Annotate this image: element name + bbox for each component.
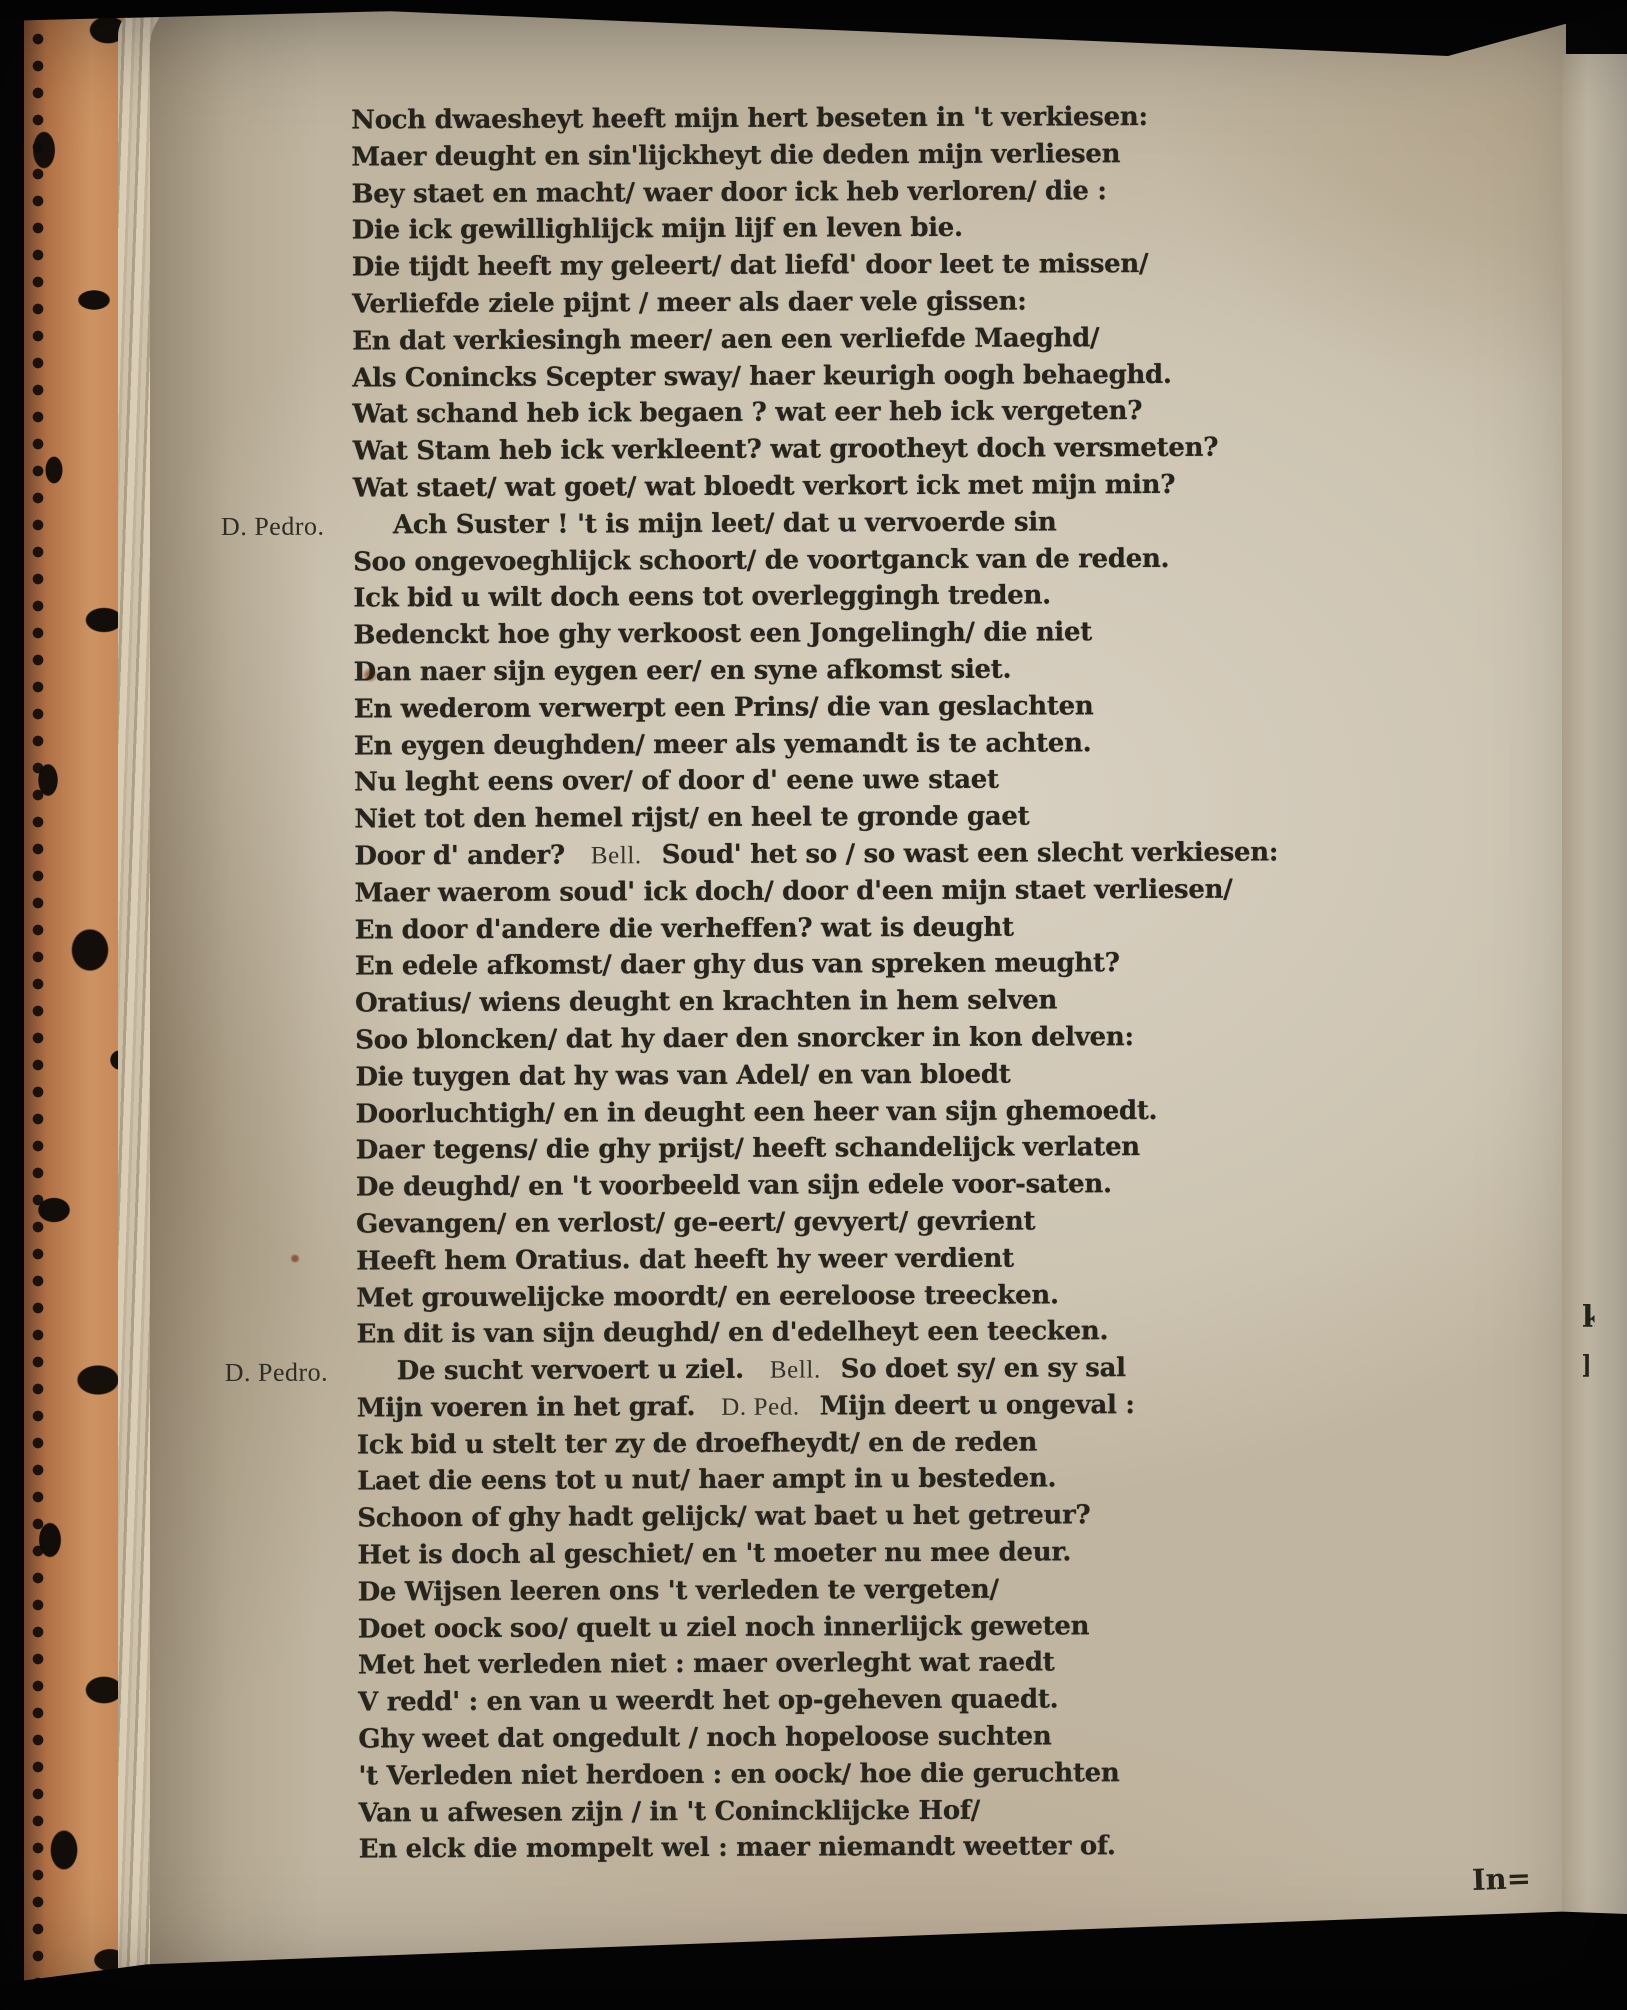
verse-text: Daer tegens/ die ghy prijst/ heeft schan… — [356, 1132, 1140, 1165]
text-line: En door d'andere die verheffen? wat is d… — [355, 907, 1485, 949]
verse-text: Die tijdt heeft my geleert/ dat liefd' d… — [352, 249, 1148, 282]
verse-text: Doet oock soo/ quelt u ziel noch innerli… — [358, 1611, 1090, 1644]
verse-text: Wat schand heb ick begaen ? wat eer heb … — [352, 396, 1142, 429]
verse-text: Mijn voeren in het graf. — [357, 1392, 696, 1423]
verse-text: Maer waerom soud' ick doch/ door d'een m… — [355, 874, 1233, 908]
text-line: En dat verkiesingh meer/ aen een verlief… — [352, 318, 1482, 360]
text-line: D. Pedro.Ach Suster ! 't is mijn leet/ d… — [353, 502, 1483, 544]
verse-text: Soo bloncken/ dat hy daer den snorcker i… — [355, 1022, 1134, 1055]
verse-text: Schoon of ghy hadt gelijck/ wat baet u h… — [357, 1501, 1090, 1534]
verse-text: Ick bid u stelt ter zy de droefheydt/ en… — [357, 1427, 1037, 1460]
book-page: Noch dwaesheyt heeft mijn hert beseten i… — [150, 0, 1566, 2010]
facing-page-edge: k l — [1562, 54, 1627, 1950]
verse-text: En wederom verwerpt een Prins/ die van g… — [354, 691, 1094, 724]
gutter-shadow — [150, 0, 340, 2010]
verse-text: So doet sy/ en sy sal — [841, 1353, 1126, 1384]
text-line: En eygen deughden/ meer als yemandt is t… — [354, 723, 1484, 765]
text-line: Mijn voeren in het graf.D. Ped.Mijn deer… — [357, 1385, 1487, 1427]
text-line: D. Pedro.De sucht vervoert u ziel.Bell.S… — [357, 1349, 1487, 1391]
text-line: Die ick gewillighlijck mijn lijf en leve… — [352, 208, 1482, 250]
text-line: Als Conincks Scepter sway/ haer keurigh … — [352, 355, 1482, 397]
verse-text: V redd' : en van u weerdt het op-geheven… — [358, 1685, 1058, 1718]
verse-text: Met grouwelijcke moordt/ en eereloose tr… — [356, 1280, 1058, 1313]
text-line: Maer waerom soud' ick doch/ door d'een m… — [355, 870, 1485, 912]
text-line: V redd' : en van u weerdt het op-geheven… — [358, 1680, 1488, 1722]
verse-text: En dat verkiesingh meer/ aen een verlief… — [352, 323, 1099, 356]
text-line: Bedenckt hoe ghy verkoost een Jongelingh… — [353, 613, 1483, 655]
text-line: Door d' ander?Bell.Soud' het so / so was… — [354, 833, 1484, 875]
text-line: Die tuygen dat hy was van Adel/ en van b… — [355, 1054, 1485, 1096]
text-line: Nu leght eens over/ of door d' eene uwe … — [354, 760, 1484, 802]
speaker-label-margin: D. Pedro. — [225, 1355, 329, 1392]
verse-text: Laet die eens tot u nut/ haer ampt in u … — [357, 1464, 1056, 1497]
text-line: Bey staet en macht/ waer door ick heb ve… — [351, 171, 1481, 213]
catchword: In= — [1471, 1861, 1531, 1897]
speaker-label-inline: Bell. — [591, 842, 642, 869]
text-line: Gevangen/ en verlost/ ge-eert/ gevyert/ … — [356, 1201, 1486, 1243]
paper-stain — [290, 1254, 300, 1263]
verse-text: De Wijsen leeren ons 't verleden te verg… — [358, 1575, 999, 1608]
verse-text: Wat staet/ wat goet/ wat bloedt verkort … — [353, 470, 1175, 504]
speaker-label-margin: D. Pedro. — [221, 508, 325, 545]
text-line: De Wijsen leeren ons 't verleden te verg… — [358, 1569, 1488, 1611]
text-line: Wat schand heb ick begaen ? wat eer heb … — [352, 392, 1482, 434]
text-line: Daer tegens/ die ghy prijst/ heeft schan… — [356, 1128, 1486, 1170]
facing-page-letter-fragment: l — [1582, 1350, 1593, 1385]
verse-text: Doorluchtigh/ en in deught een heer van … — [356, 1095, 1158, 1128]
text-line: Het is doch al geschiet/ en 't moeter nu… — [357, 1533, 1487, 1575]
verse-text: 't Verleden niet herdoen : en oock/ hoe … — [358, 1758, 1119, 1791]
text-line: Ghy weet dat ongedult / noch hopeloose s… — [358, 1717, 1488, 1759]
text-line: Niet tot den hemel rijst/ en heel te gro… — [354, 797, 1484, 839]
verse-text: Het is doch al geschiet/ en 't moeter nu… — [357, 1537, 1071, 1570]
verse-text: Ghy weet dat ongedult / noch hopeloose s… — [358, 1721, 1051, 1754]
text-line: Maer deught en sin'lijckheyt die deden m… — [351, 134, 1481, 176]
text-line: Die tijdt heeft my geleert/ dat liefd' d… — [352, 245, 1482, 287]
verse-text: Verliefde ziele pijnt / meer als daer ve… — [352, 287, 1027, 320]
text-line: Doorluchtigh/ en in deught een heer van … — [355, 1091, 1485, 1133]
verse-text: Noch dwaesheyt heeft mijn hert beseten i… — [351, 102, 1148, 135]
verse-text: De sucht vervoert u ziel. — [397, 1355, 744, 1387]
verse-text: Maer deught en sin'lijckheyt die deden m… — [351, 139, 1120, 172]
verse-text: Als Conincks Scepter sway/ haer keurigh … — [352, 359, 1171, 393]
text-line: Wat Stam heb ick verkleent? wat groothey… — [353, 429, 1483, 471]
book-photo-scene: Noch dwaesheyt heeft mijn hert beseten i… — [0, 0, 1627, 2010]
verse-text: En elck die mompelt wel : maer niemandt … — [359, 1832, 1116, 1865]
verse-text: Van u afwesen zijn / in 't Conincklijcke… — [359, 1795, 980, 1828]
text-line: Ick bid u stelt ter zy de droefheydt/ en… — [357, 1422, 1487, 1464]
text-line: Soo bloncken/ dat hy daer den snorcker i… — [355, 1017, 1485, 1059]
verse-text: Met het verleden niet : maer overleght w… — [358, 1648, 1055, 1681]
verse-text: Wat Stam heb ick verkleent? wat groothey… — [353, 433, 1219, 467]
verse-text: Gevangen/ en verlost/ ge-eert/ gevyert/ … — [356, 1206, 1035, 1239]
text-line: Laet die eens tot u nut/ haer ampt in u … — [357, 1459, 1487, 1501]
text-line: Doet oock soo/ quelt u ziel noch innerli… — [358, 1606, 1488, 1648]
facing-page-letter-fragment: k — [1582, 1300, 1603, 1335]
verse-text: Ick bid u wilt doch eens tot overlegging… — [353, 581, 1051, 614]
text-line: 't Verleden niet herdoen : en oock/ hoe … — [358, 1753, 1488, 1795]
verse-text: Ach Suster ! 't is mijn leet/ dat u verv… — [393, 507, 1057, 540]
text-line: En wederom verwerpt een Prins/ die van g… — [354, 686, 1484, 728]
text-line: En dit is van sijn deughd/ en d'edelheyt… — [356, 1312, 1486, 1354]
verse-text: Niet tot den hemel rijst/ en heel te gro… — [354, 802, 1029, 835]
verse-text: Door d' ander? — [354, 840, 565, 871]
verse-text: Oratius/ wiens deught en krachten in hem… — [355, 986, 1057, 1019]
text-line: Noch dwaesheyt heeft mijn hert beseten i… — [351, 98, 1481, 140]
text-line: Schoon of ghy hadt gelijck/ wat baet u h… — [357, 1496, 1487, 1538]
text-line: En edele afkomst/ daer ghy dus van sprek… — [355, 944, 1485, 986]
text-block: Noch dwaesheyt heeft mijn hert beseten i… — [351, 98, 1489, 1869]
text-line: Wat staet/ wat goet/ wat bloedt verkort … — [353, 466, 1483, 508]
verse-text: En dit is van sijn deughd/ en d'edelheyt… — [356, 1316, 1108, 1349]
text-line: Met het verleden niet : maer overleght w… — [358, 1643, 1488, 1685]
verse-text: Die tuygen dat hy was van Adel/ en van b… — [355, 1059, 1010, 1092]
verse-text: En edele afkomst/ daer ghy dus van sprek… — [355, 948, 1120, 981]
text-line: Heeft hem Oratius. dat heeft hy weer ver… — [356, 1238, 1486, 1280]
text-line: De deughd/ en 't voorbeeld van sijn edel… — [356, 1165, 1486, 1207]
text-line: Oratius/ wiens deught en krachten in hem… — [355, 981, 1485, 1023]
verse-text: Dan naer sijn eygen eer/ en syne afkomst… — [354, 655, 1012, 688]
text-line: Dan naer sijn eygen eer/ en syne afkomst… — [354, 649, 1484, 691]
verse-text: Bedenckt hoe ghy verkoost een Jongelingh… — [353, 617, 1092, 650]
verse-text: En door d'andere die verheffen? wat is d… — [355, 912, 1014, 945]
verse-text: Soo ongevoeghlijck schoort/ de voortganc… — [353, 543, 1169, 577]
text-line: Van u afwesen zijn / in 't Conincklijcke… — [359, 1790, 1489, 1832]
text-line: En elck die mompelt wel : maer niemandt … — [359, 1827, 1489, 1869]
verse-text: Die ick gewillighlijck mijn lijf en leve… — [352, 213, 963, 246]
text-line: Ick bid u wilt doch eens tot overlegging… — [353, 576, 1483, 618]
verse-text: En eygen deughden/ meer als yemandt is t… — [354, 728, 1092, 761]
verse-text: Soud' het so / so wast een slecht verkie… — [662, 837, 1279, 870]
verse-text: Mijn deert u ongeval : — [820, 1390, 1135, 1421]
verse-text: Nu leght eens over/ of door d' eene uwe … — [354, 765, 999, 798]
speaker-label-inline: D. Ped. — [721, 1393, 800, 1420]
text-line: Met grouwelijcke moordt/ en eereloose tr… — [356, 1275, 1486, 1317]
verse-text: Heeft hem Oratius. dat heeft hy weer ver… — [356, 1243, 1014, 1276]
speaker-label-inline: Bell. — [770, 1357, 821, 1384]
verse-text: De deughd/ en 't voorbeeld van sijn edel… — [356, 1169, 1112, 1202]
text-line: Soo ongevoeghlijck schoort/ de voortganc… — [353, 539, 1483, 581]
verse-text: Bey staet en macht/ waer door ick heb ve… — [351, 176, 1106, 209]
text-line: Verliefde ziele pijnt / meer als daer ve… — [352, 282, 1482, 324]
